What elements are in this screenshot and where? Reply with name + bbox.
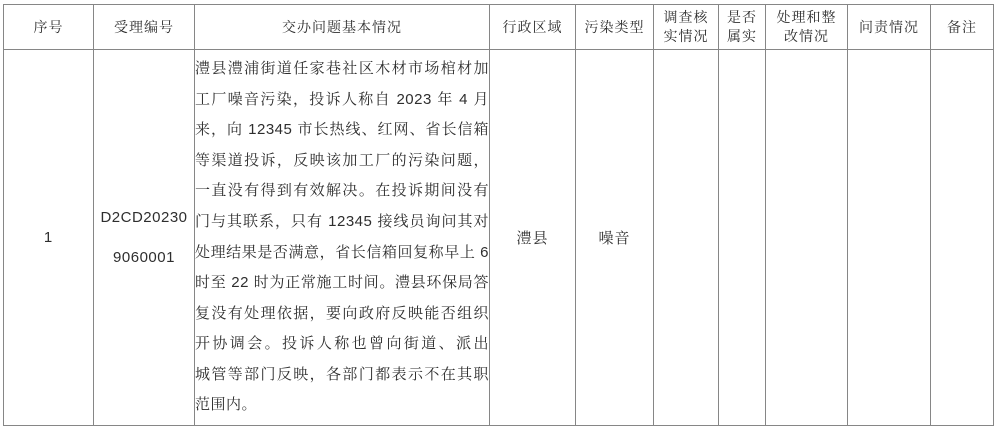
issue-description-line: 澧县澧浦街道任家巷社区木材市场棺材加	[195, 54, 489, 85]
investigation-cell	[654, 50, 719, 426]
col-header-label: 序号	[4, 18, 93, 37]
col-header-is-true: 是否 属实	[719, 5, 766, 50]
col-header-label: 行政区域	[490, 18, 575, 37]
issue-description-line: 工厂噪音污染，投诉人称自 2023 年 4 月以	[195, 85, 489, 116]
accountability-cell	[848, 50, 931, 426]
serial-cell: 1	[4, 50, 94, 426]
col-header-label: 调查核	[654, 8, 718, 27]
col-header-label: 处理和整	[766, 8, 847, 27]
issue-description-line: 开协调会。投诉人称也曾向街道、派出所、	[195, 329, 489, 360]
case-number-line-1: D2CD20230	[94, 198, 194, 238]
col-header-label: 备注	[931, 18, 993, 37]
col-header-region: 行政区域	[490, 5, 576, 50]
handling-cell	[766, 50, 848, 426]
col-header-label: 受理编号	[94, 18, 194, 37]
header-row: 序号 受理编号 交办问题基本情况 行政区域 污染类型 调查核 实情况 是否 属实	[4, 5, 994, 50]
col-header-label: 污染类型	[576, 18, 653, 37]
issue-description-line: 处理结果是否满意，省长信箱回复称早上 6	[195, 238, 489, 269]
col-header-label: 是否	[719, 8, 765, 27]
col-header-label: 改情况	[766, 27, 847, 46]
case-number-line-2: 9060001	[94, 238, 194, 278]
region-value: 澧县	[490, 227, 575, 248]
issue-description-line: 门与其联系，只有 12345 接线员询问其对	[195, 207, 489, 238]
issue-description-line: 城管等部门反映，各部门都表示不在其职权	[195, 360, 489, 391]
col-header-remarks: 备注	[931, 5, 994, 50]
col-header-issue: 交办问题基本情况	[195, 5, 490, 50]
col-header-pollution-type: 污染类型	[576, 5, 654, 50]
col-header-handling: 处理和整 改情况	[766, 5, 848, 50]
issue-description-line: 等渠道投诉，反映该加工厂的污染问题，但	[195, 146, 489, 177]
pollution-type-value: 噪音	[576, 227, 653, 248]
issue-description-line: 来，向 12345 市长热线、红网、省长信箱	[195, 115, 489, 146]
case-number-cell: D2CD20230 9060001	[94, 50, 195, 426]
remarks-cell	[931, 50, 994, 426]
complaint-table: 序号 受理编号 交办问题基本情况 行政区域 污染类型 调查核 实情况 是否 属实	[3, 4, 994, 426]
issue-description-line: 范围内。	[195, 390, 489, 421]
col-header-case-number: 受理编号	[94, 5, 195, 50]
col-header-label: 交办问题基本情况	[195, 18, 489, 37]
is-true-cell	[719, 50, 766, 426]
col-header-label: 属实	[719, 27, 765, 46]
issue-description-line: 一直没有得到有效解决。在投诉期间没有部	[195, 176, 489, 207]
col-header-serial: 序号	[4, 5, 94, 50]
col-header-label: 实情况	[654, 27, 718, 46]
table-row: 1 D2CD20230 9060001 澧县澧浦街道任家巷社区木材市场棺材加 工…	[4, 50, 994, 426]
serial-value: 1	[4, 229, 93, 246]
issue-description-line: 时至 22 时为正常施工时间。澧县环保局答	[195, 268, 489, 299]
issue-description-line: 复没有处理依据，要向政府反映能否组织召	[195, 299, 489, 330]
col-header-label: 问责情况	[848, 18, 930, 37]
col-header-accountability: 问责情况	[848, 5, 931, 50]
issue-description-cell: 澧县澧浦街道任家巷社区木材市场棺材加 工厂噪音污染，投诉人称自 2023 年 4…	[195, 50, 490, 426]
region-cell: 澧县	[490, 50, 576, 426]
pollution-type-cell: 噪音	[576, 50, 654, 426]
col-header-investigation: 调查核 实情况	[654, 5, 719, 50]
